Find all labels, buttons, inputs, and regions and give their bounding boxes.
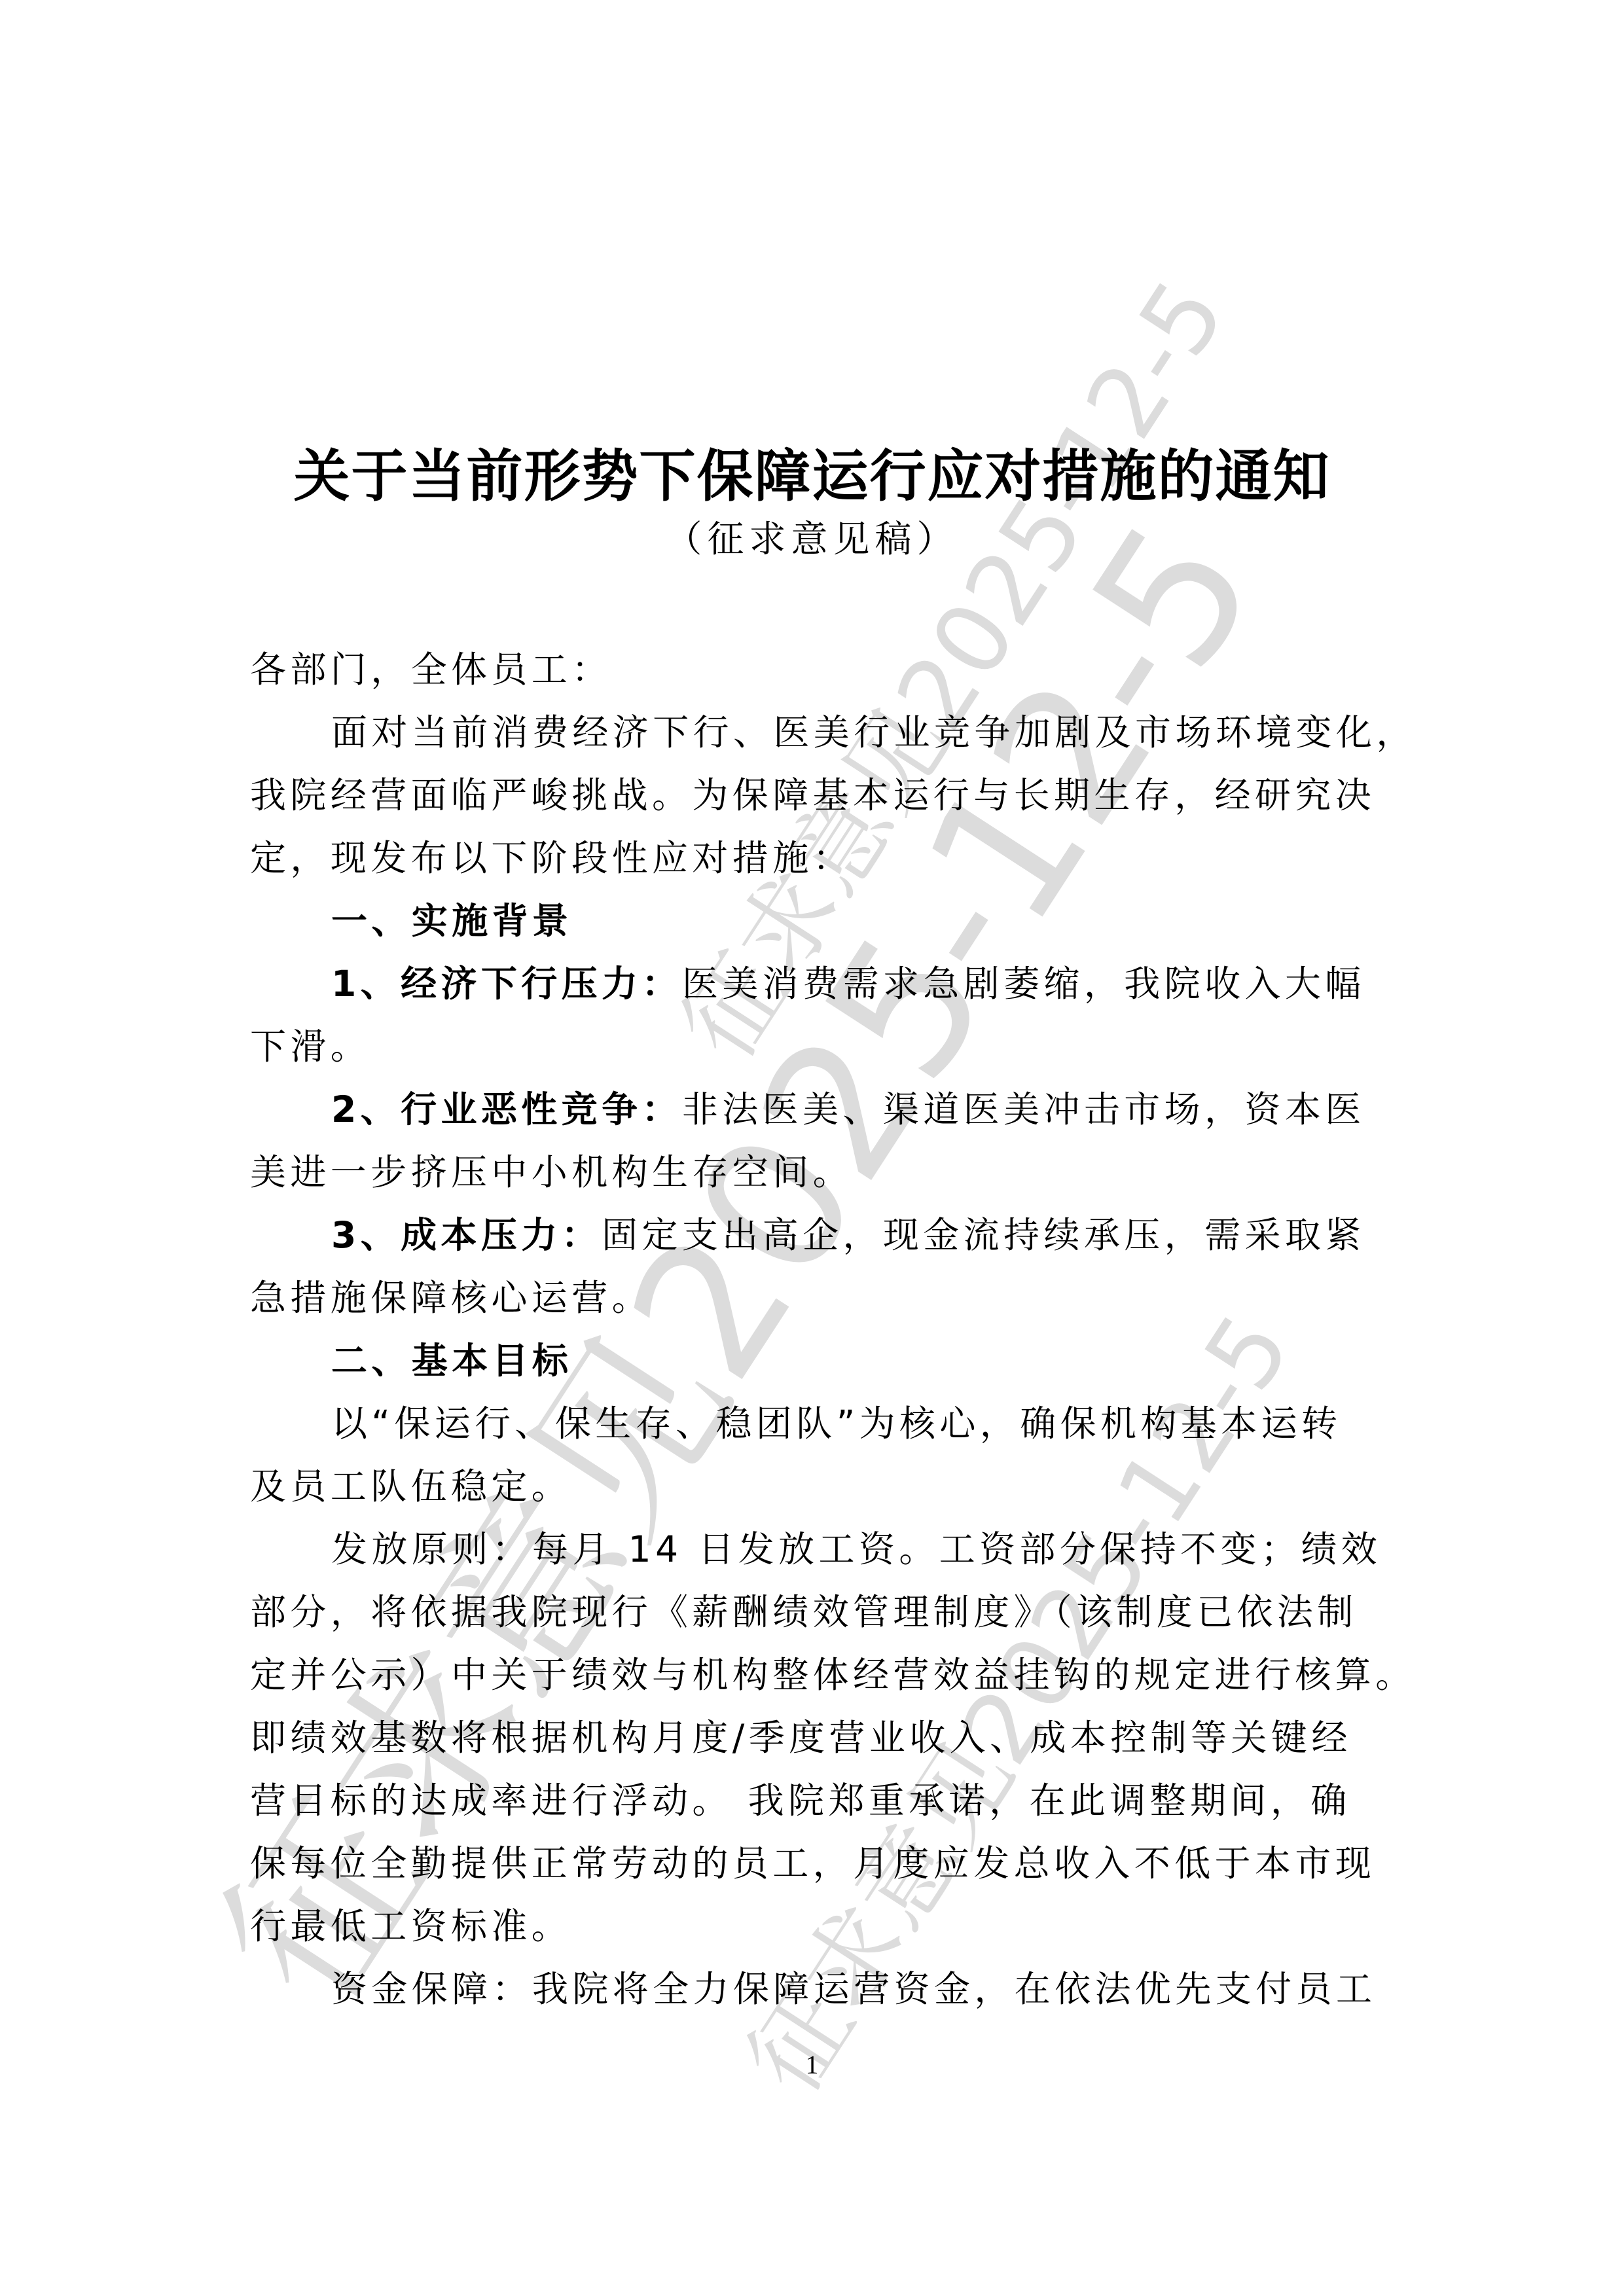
item-text: 固定支出高企，现金流持续承压，需采取紧 bbox=[602, 1214, 1365, 1256]
intro-line: 我院经营面临严峻挑战。为保障基本运行与长期生存，经研究决 bbox=[250, 772, 1402, 835]
background-item-2: 2、行业恶性竞争：非法医美、渠道医美冲击市场，资本医 bbox=[331, 1086, 1483, 1149]
payment-line: 部分，将依据我院现行《薪酬绩效管理制度》（该制度已依法制 bbox=[250, 1589, 1402, 1652]
document-content: 关于当前形势下保障运行应对措施的通知 （征求意见稿） 各部门，全体员工： 面对当… bbox=[0, 0, 1624, 2296]
payment-line: 即绩效基数将根据机构月度/季度营业收入、成本控制等关键经 bbox=[250, 1715, 1402, 1778]
item-label: 2、行业恶性竞争： bbox=[331, 1088, 682, 1130]
payment-line: 定并公示）中关于绩效与机构整体经营效益挂钩的规定进行核算。 bbox=[250, 1652, 1402, 1715]
background-item-3: 3、成本压力：固定支出高企，现金流持续承压，需采取紧 bbox=[331, 1212, 1483, 1275]
payment-line: 营目标的达成率进行浮动。 我院郑重承诺，在此调整期间，确 bbox=[250, 1778, 1402, 1840]
intro-line: 面对当前消费经济下行、医美行业竞争加剧及市场环境变化， bbox=[331, 709, 1483, 772]
document-subtitle: （征求意见稿） bbox=[0, 517, 1624, 563]
section-heading-goals: 二、基本目标 bbox=[331, 1338, 1483, 1401]
intro-line: 定，现发布以下阶段性应对措施： bbox=[250, 835, 1402, 898]
goal-line: 以“保运行、保生存、稳团队”为核心，确保机构基本运转 bbox=[331, 1401, 1483, 1463]
page-number: 1 bbox=[0, 2049, 1624, 2081]
background-item-2-continued: 美进一步挤压中小机构生存空间。 bbox=[250, 1149, 1402, 1212]
section-heading-background: 一、实施背景 bbox=[331, 898, 1483, 961]
item-label: 1、经济下行压力： bbox=[331, 963, 682, 1005]
background-item-1-continued: 下滑。 bbox=[250, 1024, 1402, 1086]
background-item-1: 1、经济下行压力：医美消费需求急剧萎缩，我院收入大幅 bbox=[331, 961, 1483, 1024]
document-title: 关于当前形势下保障运行应对措施的通知 bbox=[0, 444, 1624, 509]
item-text: 非法医美、渠道医美冲击市场，资本医 bbox=[682, 1088, 1365, 1130]
payment-line: 发放原则：每月 14 日发放工资。工资部分保持不变；绩效 bbox=[331, 1526, 1483, 1589]
document-page: 征求意见2025-12-5 征求意见2025-12-5 征求意见2025-12-… bbox=[0, 0, 1624, 2296]
funding-line: 资金保障：我院将全力保障运营资金，在依法优先支付员工 bbox=[331, 1966, 1483, 2029]
salutation: 各部门，全体员工： bbox=[250, 647, 1402, 709]
payment-line: 行最低工资标准。 bbox=[250, 1903, 1402, 1966]
background-item-3-continued: 急措施保障核心运营。 bbox=[250, 1275, 1402, 1338]
payment-line: 保每位全勤提供正常劳动的员工，月度应发总收入不低于本市现 bbox=[250, 1840, 1402, 1903]
goal-line: 及员工队伍稳定。 bbox=[250, 1463, 1402, 1526]
item-label: 3、成本压力： bbox=[331, 1214, 602, 1256]
item-text: 医美消费需求急剧萎缩，我院收入大幅 bbox=[682, 963, 1365, 1005]
